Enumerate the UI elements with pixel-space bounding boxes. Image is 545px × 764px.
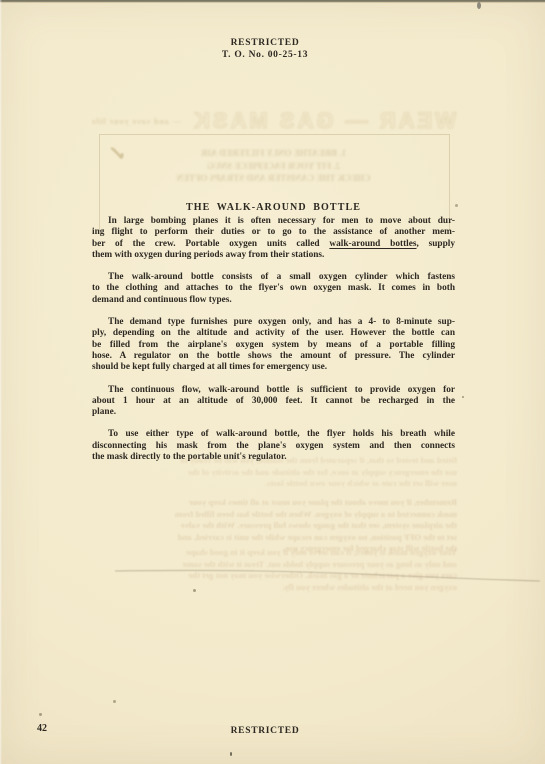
scan-speck [39,713,42,716]
text-segment: demand and continuous flow types. [92,295,232,305]
paragraph: The continuous flow, walk-around bottle … [92,385,455,419]
scan-speck [477,2,481,9]
text-segment: , supply [417,239,455,249]
bleed-through-line: mask connected to a supply of oxygen. Wh… [95,509,457,521]
scan-left-edge [0,0,2,764]
text-line: demand and continuous flow types. [92,295,455,306]
text-segment: In large bombing planes it is often nece… [108,216,455,226]
bleed-through-line: care you give a parachute or a gas mask.… [95,570,457,582]
text-line: about 1 hour at an altitude of 30,000 fe… [92,396,455,407]
text-segment: disconnecting his mask from the plane's … [92,441,455,451]
text-line: The continuous flow, walk-around bottle … [92,385,455,396]
text-segment: To use either type of walk-around bottle… [108,429,455,439]
text-segment: be filled from the airplane's oxygen sys… [92,340,455,350]
scan-top-edge [0,0,545,3]
scan-speck [462,396,464,398]
scanned-page: RESTRICTED T. O. No. 00-25-13 WEAR — GAS… [0,0,545,764]
bleed-through-line: the airplane system, see that the gauge … [95,520,457,532]
text-segment: The demand type furnishes pure oxygen on… [108,317,455,327]
text-line: In large bombing planes it is often nece… [92,216,455,227]
text-line: ber of the crew. Portable oxygen units c… [92,239,455,250]
text-line: disconnecting his mask from the plane's … [92,441,455,452]
text-line: plane. [92,407,455,418]
text-segment: them with oxygen during periods away fro… [92,250,324,260]
scan-speck [455,204,458,207]
bleed-through-line: oxygen you need at the altitudes where y… [95,582,457,594]
text-segment: to the clothing and attaches to the flye… [92,283,455,293]
page-header: RESTRICTED T. O. No. 00-25-13 [0,37,530,61]
bleed-through-headline-big: WEAR — GAS MASK [191,108,456,134]
bleed-through-line: Remember, if you move about the plane yo… [95,497,457,509]
scan-speck [230,752,232,756]
bleed-through-block-3: Your oxygen mask is yours; it can serve … [95,547,457,593]
text-segment: should be kept fully charged at all time… [92,362,327,372]
text-segment: about 1 hour at an altitude of 30,000 fe… [92,396,455,406]
text-line: The demand type furnishes pure oxygen on… [92,317,455,328]
text-line: ply, depending on the altitude and activ… [92,328,455,339]
bleed-through-headline-small: — and save your life [91,117,181,126]
text-line: ing flight to perform their duties or to… [92,227,455,238]
text-segment: the mask directly to the portable unit's… [92,452,287,462]
bleed-through-headline: WEAR — GAS MASK — and save your life [92,104,456,138]
article-title: THE WALK-AROUND BOTTLE [92,202,455,213]
text-line: be filled from the airplane's oxygen sys… [92,340,455,351]
text-line: should be kept fully charged at all time… [92,362,455,373]
text-line: hose. A regulator on the bottle shows th… [92,351,455,362]
text-line: The walk-around bottle consists of a sma… [92,272,455,283]
text-line: to the clothing and attaches to the flye… [92,283,455,294]
text-segment: plane. [92,407,116,417]
text-segment: ply, depending on the altitude and activ… [92,328,455,338]
paragraph: In large bombing planes it is often nece… [92,216,455,261]
text-segment: The continuous flow, walk-around bottle … [108,385,455,395]
header-order-number: T. O. No. 00-25-13 [0,49,530,61]
bleed-through-block-2: Remember, if you move about the plane yo… [95,497,457,555]
bleed-through-line: set to the OFF position, no oxygen can e… [95,532,457,544]
text-line: them with oxygen during periods away fro… [92,250,455,261]
text-line: To use either type of walk-around bottle… [92,429,455,440]
scan-speck [113,700,116,703]
bleed-through-line: and only as long as your pressure supply… [95,559,457,571]
text-segment: The walk-around bottle consists of a sma… [108,272,455,282]
paragraph: The demand type furnishes pure oxygen on… [92,317,455,373]
bleed-through-line: user will set the rate at which your own… [95,478,457,490]
text-line: the mask directly to the portable unit's… [92,452,455,463]
bleed-through-checkmark: ✓ [106,140,128,168]
underlined-term: walk-around bottles [329,239,416,249]
text-segment: ber of the crew. Portable oxygen units c… [92,239,329,249]
text-segment: hose. A regulator on the bottle shows th… [92,351,455,361]
scan-speck [193,589,196,592]
bleed-through-line: Your oxygen mask is yours; it can serve … [95,547,457,559]
article-body: In large bombing planes it is often nece… [92,216,455,474]
paragraph: The walk-around bottle consists of a sma… [92,272,455,306]
text-segment: ing flight to perform their duties or to… [92,227,455,237]
footer-classification: RESTRICTED [0,726,530,736]
bleed-through-line: the bottle will stay charged for emergen… [95,543,457,555]
header-classification: RESTRICTED [0,37,530,49]
paragraph: To use either type of walk-around bottle… [92,429,455,463]
